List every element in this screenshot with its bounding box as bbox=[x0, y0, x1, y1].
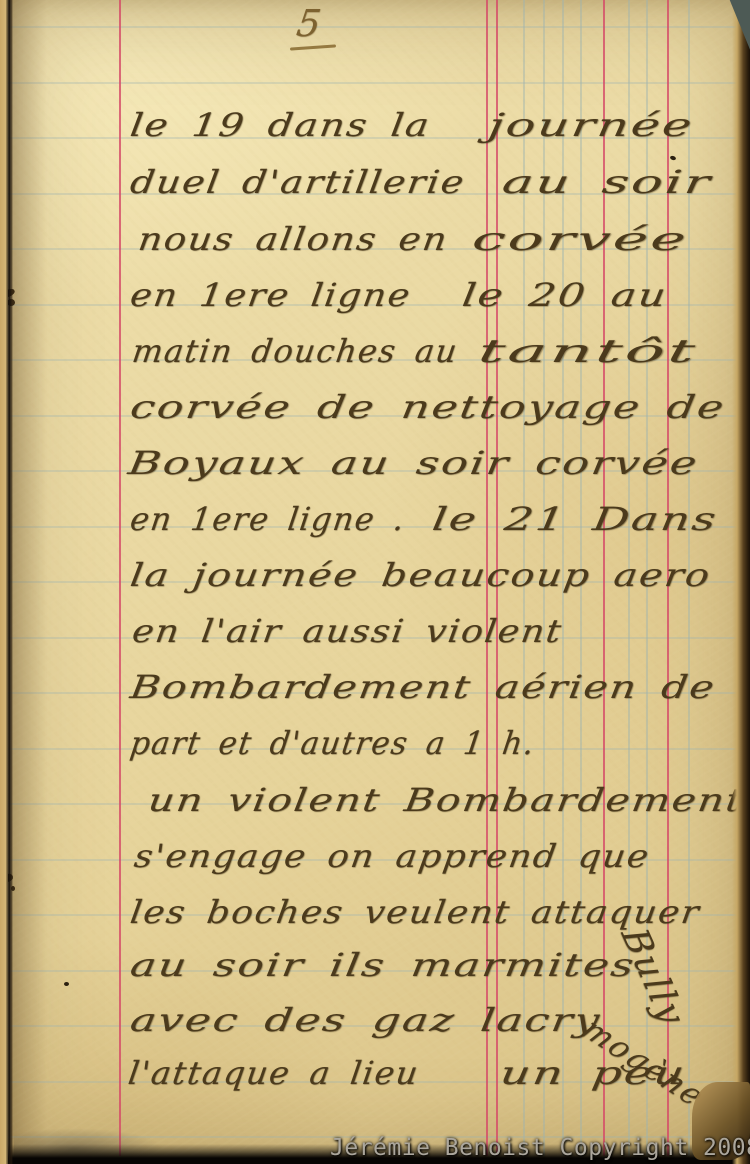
notebook-paper: 5 le 19 dans lajournéeduel d'artilleriea… bbox=[0, 0, 750, 1164]
handwriting-line: s'engage on apprend que bbox=[132, 837, 653, 875]
page-stack-edge bbox=[732, 0, 750, 1164]
handwriting-line: la journée beaucoup aero bbox=[128, 556, 714, 594]
binding-edge bbox=[6, 0, 13, 1164]
handwriting-line: corvée de nettoyage de bbox=[128, 388, 728, 426]
handwriting-line: matin douches au bbox=[130, 332, 461, 370]
handwriting-line: en 1ere ligne bbox=[128, 276, 414, 314]
ink-smudge bbox=[64, 982, 69, 986]
handwriting-line: le 19 dans la bbox=[128, 106, 433, 144]
handwriting-line: en 1ere ligne . bbox=[128, 500, 408, 538]
handwriting-line: l'attaque a lieu bbox=[126, 1054, 422, 1092]
handwriting-line: avec des gaz lacry bbox=[128, 1001, 604, 1039]
handwriting-line: corvée bbox=[470, 220, 691, 258]
handwriting-line: nous allons en bbox=[136, 220, 451, 258]
copyright-watermark: Jérémie Benoist Copyright 2008 bbox=[330, 1135, 750, 1161]
handwriting-line: tantôt bbox=[476, 332, 700, 370]
handwriting-line: journée bbox=[486, 106, 696, 144]
handwriting-line: les boches veulent attaquer bbox=[128, 893, 703, 931]
handwriting-line: au soir bbox=[500, 163, 715, 201]
handwriting-line: le 20 au bbox=[460, 276, 670, 314]
handwriting-line: Boyaux au soir corvée bbox=[126, 444, 701, 482]
handwriting-line: part et d'autres a 1 h. bbox=[128, 724, 538, 762]
handwriting-line: au soir ils marmites bbox=[128, 946, 638, 984]
handwriting-line: un violent Bombardement bbox=[146, 781, 747, 819]
binding-shadow bbox=[11, 0, 47, 1164]
handwriting-line: duel d'artillerie bbox=[128, 163, 468, 201]
margin-line-red bbox=[119, 0, 121, 1156]
handwriting-line: en l'air aussi violent bbox=[130, 612, 565, 650]
handwriting-line: Bombardement aérien de bbox=[128, 668, 718, 706]
scanned-notebook-page: 5 le 19 dans lajournéeduel d'artilleriea… bbox=[0, 0, 750, 1164]
page-number-underline bbox=[290, 44, 336, 50]
page-number: 5 bbox=[294, 2, 324, 45]
handwriting-line: le 21 Dans bbox=[430, 500, 720, 538]
ink-smudge bbox=[669, 155, 676, 161]
